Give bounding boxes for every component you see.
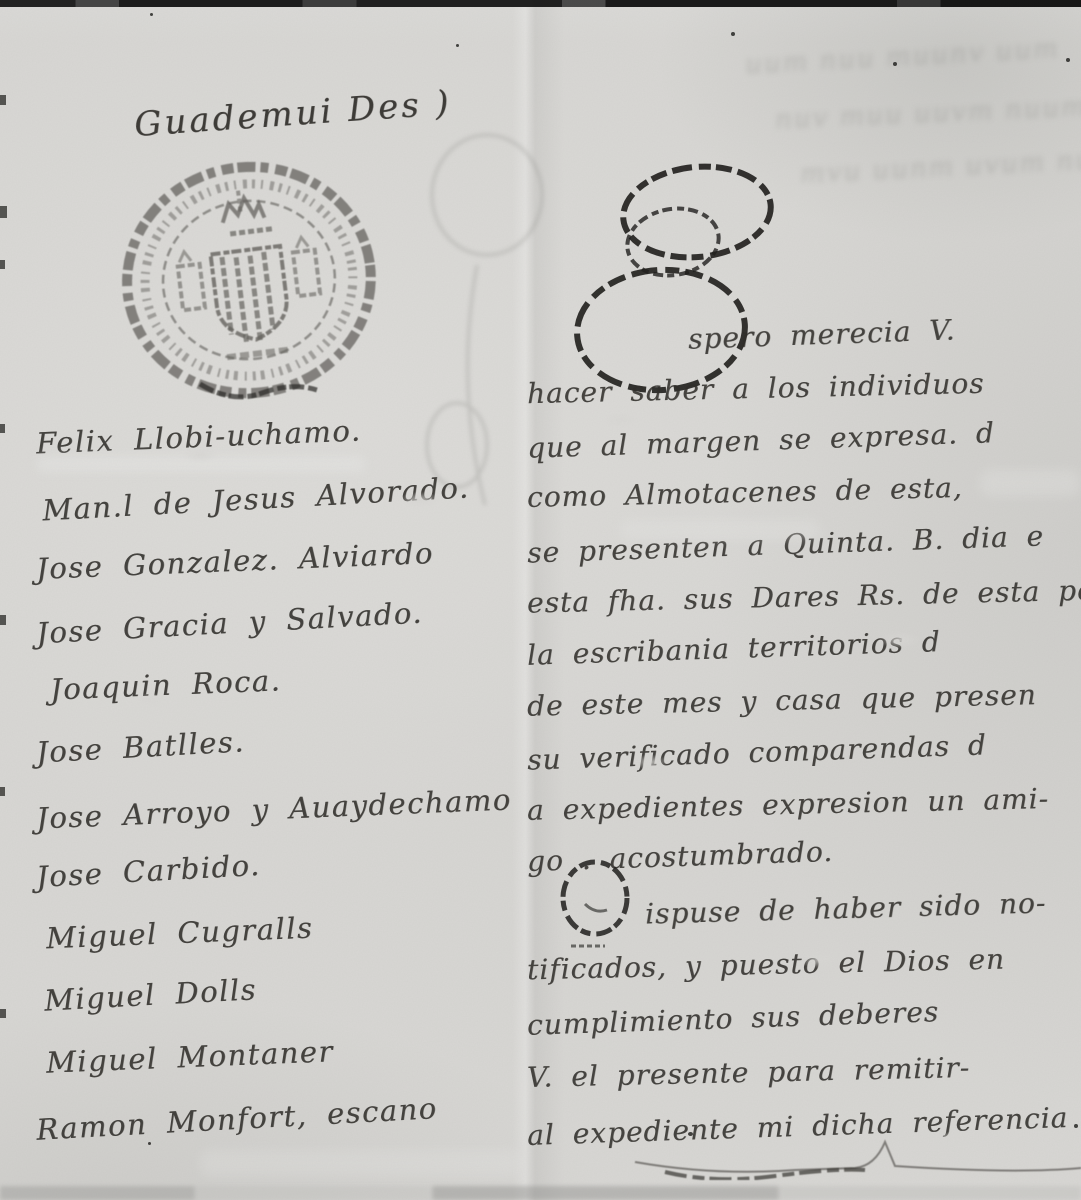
margin-name: Jose Carbido. bbox=[36, 854, 546, 916]
ink-speck bbox=[456, 44, 459, 47]
scan-edge-mark bbox=[0, 260, 5, 269]
seal-tower-right bbox=[293, 250, 320, 296]
letter-line: cumplimiento sus deberes bbox=[527, 1002, 1081, 1056]
scanned-document-page: uum nuu muunv uum nuv muu uuvm nuum u mv… bbox=[0, 0, 1081, 1200]
letter-line: tificados, y puesto el Dios en bbox=[527, 948, 1081, 1002]
letter-line: que al margen se expresa. d bbox=[527, 424, 1081, 476]
margin-name: Felix Llobi-uchamo. bbox=[36, 420, 546, 482]
drop-cap-D-flourish bbox=[545, 852, 645, 962]
fold-streak bbox=[200, 1150, 520, 1176]
show-through-ghost-writing: nuv muu uuvm nuum u bbox=[775, 91, 1081, 135]
ink-speck bbox=[1074, 1124, 1078, 1128]
letter-line: V. el presente para remitir- bbox=[527, 1056, 1081, 1110]
ink-speck bbox=[688, 1132, 693, 1136]
letter-line: a expedientes expresion un ami- bbox=[527, 788, 1081, 840]
letter-line: de este mes y casa que presen bbox=[527, 684, 1081, 736]
scan-edge-mark bbox=[0, 1009, 6, 1018]
letter-line: la escribania territorios d bbox=[527, 632, 1081, 684]
fold-streak bbox=[980, 470, 1080, 496]
margin-name: Jose Gracia y Salvado. bbox=[36, 606, 546, 668]
seal-tower-left bbox=[178, 264, 205, 310]
scan-edge-mark bbox=[0, 787, 5, 796]
ink-speck bbox=[150, 13, 153, 16]
margin-name: Miguel Dolls bbox=[44, 978, 546, 1040]
show-through-ghost-writing: mvu uunm uvum nuv bbox=[799, 144, 1081, 189]
scan-top-edge bbox=[0, 0, 1081, 7]
signature-underline-flourish bbox=[545, 1120, 1081, 1180]
letter-line: su verificado comparendas d bbox=[527, 736, 1081, 788]
scan-edge-mark bbox=[0, 206, 7, 218]
ink-speck bbox=[731, 32, 735, 36]
ink-speck bbox=[148, 1142, 151, 1145]
margin-name: Man.l de Jesus Alvorado. bbox=[42, 482, 546, 544]
ink-speck bbox=[1066, 58, 1070, 62]
letter-line: esta fha. sus Dares Rs. de esta por bbox=[527, 580, 1081, 632]
letter-paragraph-1: hacer saber a los individuos que al marg… bbox=[527, 372, 1081, 892]
margin-name: Miguel Montaner bbox=[46, 1040, 546, 1102]
fold-streak bbox=[36, 456, 366, 472]
show-through-ghost-writing: uum nuu muunv uum bbox=[744, 34, 1060, 80]
letter-line: hacer saber a los individuos bbox=[527, 372, 1081, 424]
seal-bottom-smudge bbox=[195, 372, 325, 412]
header-script-title: Guademui Des ) bbox=[133, 83, 453, 145]
scan-bottom-edge bbox=[0, 1186, 1081, 1200]
drop-cap-E-flourish bbox=[545, 150, 785, 410]
margin-name: Jose Gonzalez. Alviardo bbox=[36, 544, 546, 606]
margin-name: Jose Arroyo y Auaydechamo bbox=[36, 792, 546, 854]
scan-edge-mark bbox=[0, 424, 5, 433]
scan-edge-mark bbox=[0, 95, 6, 105]
ink-speck bbox=[893, 62, 897, 66]
margin-name-list: Felix Llobi-uchamo. Man.l de Jesus Alvor… bbox=[36, 420, 546, 1164]
margin-name: Miguel Cugralls bbox=[46, 916, 546, 978]
letter-line: ispuse de haber sido no- bbox=[645, 886, 1047, 930]
fold-streak bbox=[620, 520, 820, 540]
margin-name: Jose Batlles. bbox=[36, 730, 546, 792]
margin-name: Joaquin Roca. bbox=[50, 668, 546, 730]
scan-edge-mark bbox=[0, 615, 6, 625]
